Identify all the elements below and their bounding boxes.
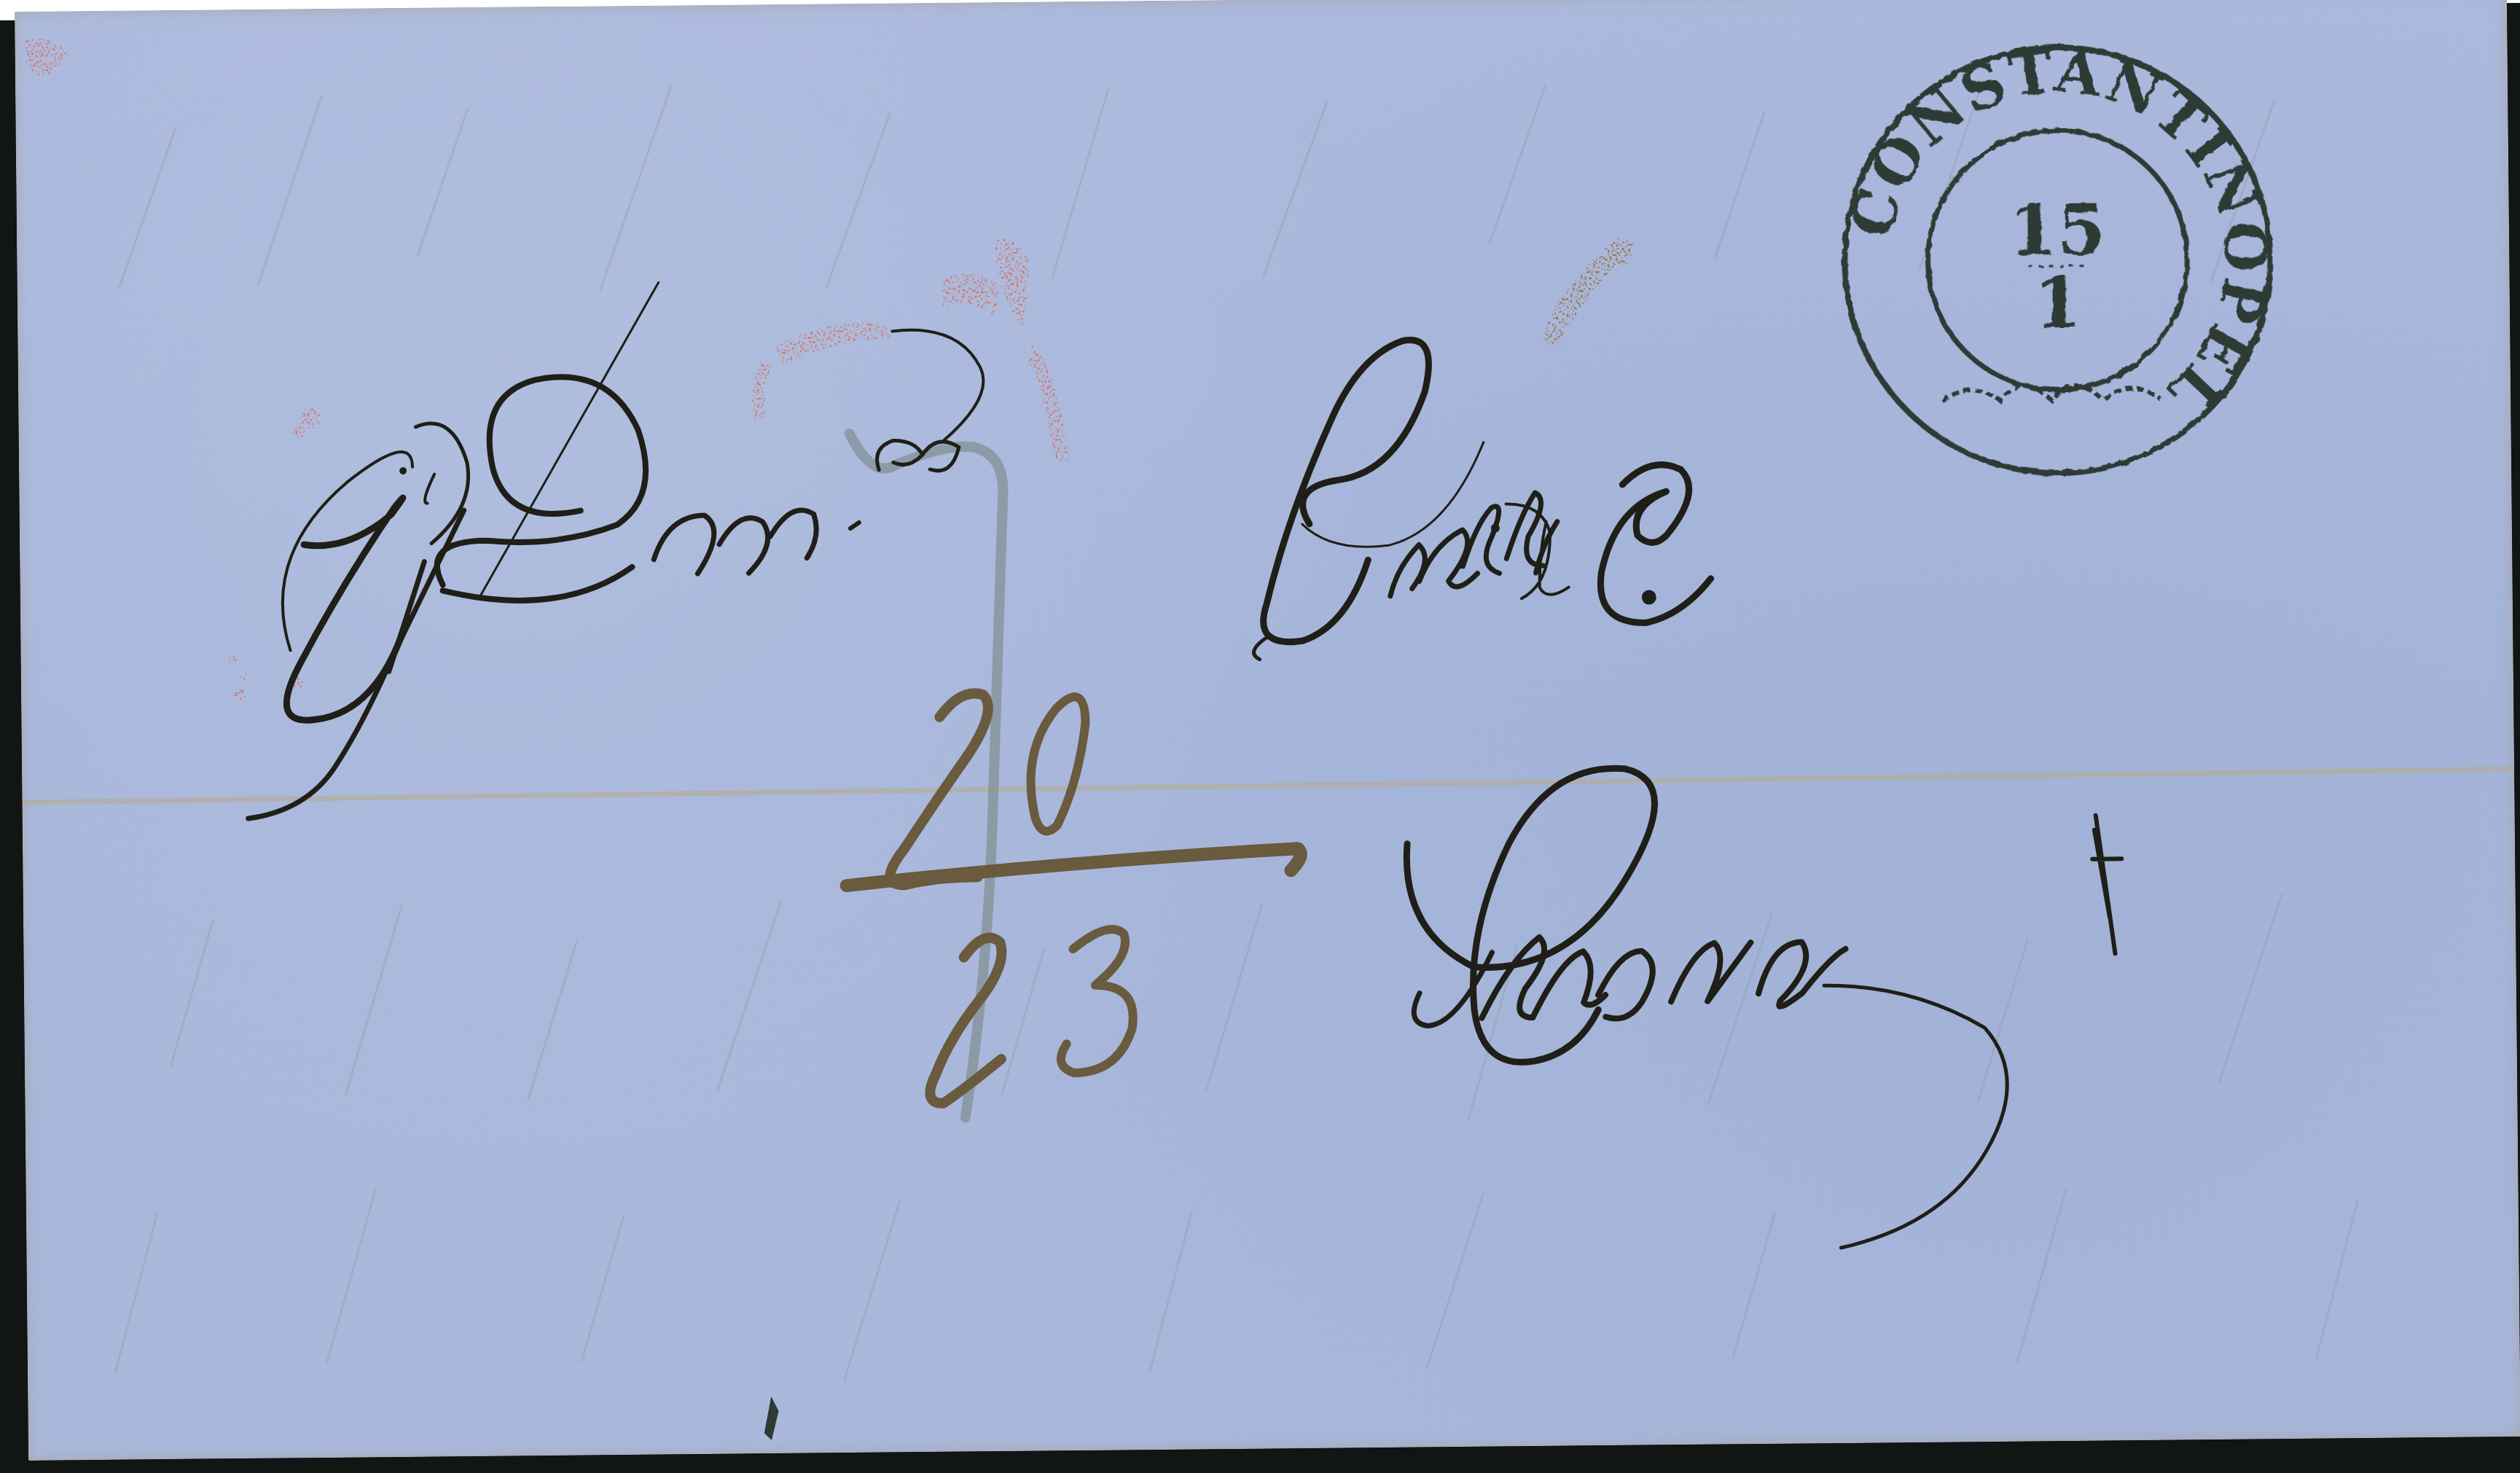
letter-cover: CONSTANTINOPEL 15 1 [15,0,2520,1461]
postmark-day: 15 [2008,188,2107,271]
paper-texture [15,0,2520,1461]
postmark-month: 1 [2033,262,2083,345]
cover-scan: CONSTANTINOPEL 15 1 [0,0,2520,1473]
